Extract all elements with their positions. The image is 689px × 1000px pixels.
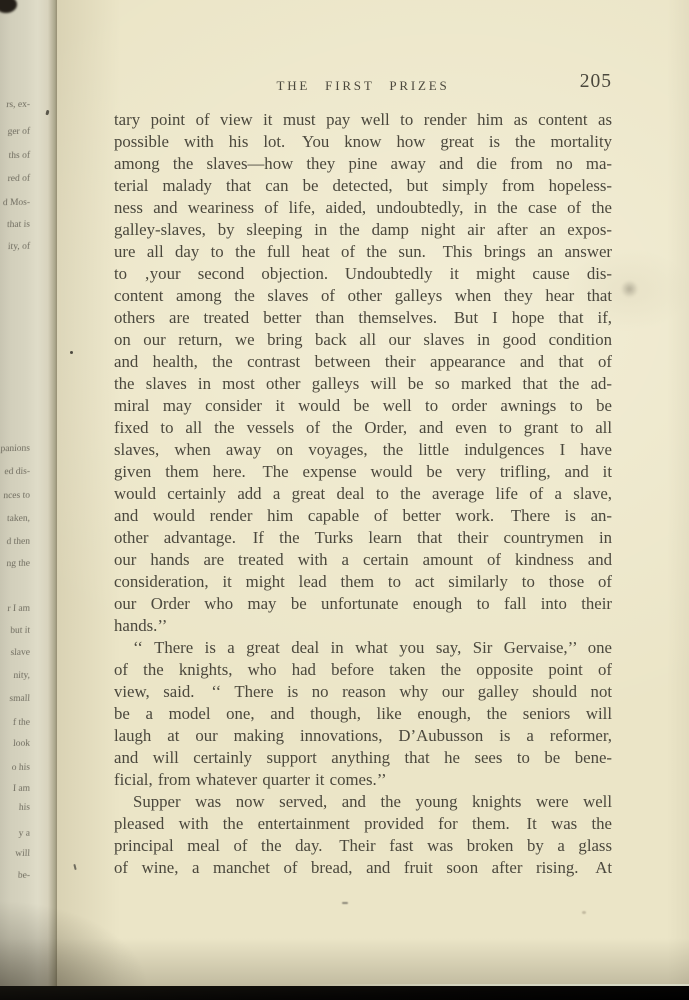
text-line: ure all day to the full heat of the sun.… bbox=[114, 241, 612, 263]
edge-fragment: I am bbox=[0, 784, 30, 795]
edge-fragment: look bbox=[0, 739, 30, 750]
text-line: of wine, a manchet of bread, and fruit s… bbox=[114, 857, 612, 879]
book-scan: rs, ex-ger ofths ofred ofd Mos-that isit… bbox=[0, 0, 689, 1000]
text-line: and would render him capable of better w… bbox=[114, 505, 612, 527]
edge-fragment: rs, ex- bbox=[0, 100, 30, 111]
text-line: on our return, we bring back all our sla… bbox=[114, 329, 612, 351]
edge-fragment: be- bbox=[0, 871, 30, 882]
facing-page-edge: rs, ex-ger ofths ofred ofd Mos-that isit… bbox=[0, 0, 57, 986]
text-line: tary point of view it must pay well to r… bbox=[114, 109, 612, 131]
edge-fragment: taken, bbox=[0, 514, 30, 525]
text-line: our hands are treated with a certain amo… bbox=[114, 549, 612, 571]
text-line: of the knights, who had before taken the… bbox=[114, 659, 612, 681]
page-number: 205 bbox=[114, 71, 612, 93]
bottom-page-shadow bbox=[0, 938, 689, 986]
edge-fragment: his bbox=[0, 803, 30, 814]
text-line: others are treated better than themselve… bbox=[114, 307, 612, 329]
text-line: would certainly add a great deal to the … bbox=[114, 483, 612, 505]
edge-fragment: r I am bbox=[0, 604, 30, 615]
edge-fragment: slave bbox=[0, 648, 30, 659]
text-line: laugh at our making innovations, D’Aubus… bbox=[114, 725, 612, 747]
edge-fragment: d Mos- bbox=[0, 198, 30, 209]
text-line: hands.’’ bbox=[114, 615, 612, 637]
stray-mark-dash bbox=[342, 902, 348, 904]
edge-fragment: ity, of bbox=[0, 242, 30, 253]
text-line: be a model one, and though, like enough,… bbox=[114, 703, 612, 725]
edge-fragment: that is bbox=[0, 220, 30, 231]
edge-fragment: nces to bbox=[0, 491, 30, 502]
scan-bottom-edge bbox=[0, 986, 689, 1000]
text-line: terial malady that can be detected, but … bbox=[114, 175, 612, 197]
edge-fragment: small bbox=[0, 694, 30, 705]
text-line: pleased with the entertainment provided … bbox=[114, 813, 612, 835]
text-line: ficial, from whatever quarter it comes.’… bbox=[114, 769, 612, 791]
edge-fragment: y a bbox=[0, 829, 30, 840]
edge-fragment: ths of bbox=[0, 151, 30, 162]
edge-fragments: rs, ex-ger ofths ofred ofd Mos-that isit… bbox=[0, 0, 31, 986]
text-line: view, said. ‘‘ There is no reason why ou… bbox=[114, 681, 612, 703]
text-line: galley-slaves, by sleeping in the damp n… bbox=[114, 219, 612, 241]
stray-mark-faint-dot bbox=[582, 911, 586, 914]
edge-fragment: ed dis- bbox=[0, 467, 30, 478]
text-line: to ‚your second objection. Undoubtedly i… bbox=[114, 263, 612, 285]
text-line: other advantage. If the Turks learn that… bbox=[114, 527, 612, 549]
ink-speck-dot bbox=[70, 351, 73, 354]
text-line: and health, the contrast between their a… bbox=[114, 351, 612, 373]
edge-fragment: red of bbox=[0, 174, 30, 185]
text-line: Supper was now served, and the young kni… bbox=[114, 791, 612, 813]
edge-fragment: will bbox=[0, 849, 30, 860]
text-line: ‘‘ There is a great deal in what you say… bbox=[114, 637, 612, 659]
edge-fragment: d then bbox=[0, 537, 30, 548]
edge-fragment: ng the bbox=[0, 559, 30, 570]
text-line: principal meal of the day. Their fast wa… bbox=[114, 835, 612, 857]
text-line: given them here. The expense would be ve… bbox=[114, 461, 612, 483]
edge-fragment: nity, bbox=[0, 671, 30, 682]
edge-fragment: panions bbox=[0, 444, 30, 455]
text-line: miral may consider it would be well to o… bbox=[114, 395, 612, 417]
text-line: content among the slaves of other galley… bbox=[114, 285, 612, 307]
text-line: consideration, it might lead them to act… bbox=[114, 571, 612, 593]
text-line: the slaves in most other galleys will be… bbox=[114, 373, 612, 395]
text-line: ness and weariness of life, aided, undou… bbox=[114, 197, 612, 219]
text-line: among the slaves—how they pine away and … bbox=[114, 153, 612, 175]
text-line: possible with his lot. You know how grea… bbox=[114, 131, 612, 153]
text-line: and will certainly support anything that… bbox=[114, 747, 612, 769]
edge-fragment: ger of bbox=[0, 127, 30, 138]
text-line: fixed to all the vessels of the Order, a… bbox=[114, 417, 612, 439]
edge-fragment: o his bbox=[0, 763, 30, 774]
page-right-edge-shade bbox=[667, 0, 689, 986]
text-line: our Order who may be unfortunate enough … bbox=[114, 593, 612, 615]
paper-smudge bbox=[621, 280, 638, 298]
text-line: slaves, when away on voyages, the little… bbox=[114, 439, 612, 461]
edge-fragment: but it bbox=[0, 626, 30, 637]
edge-fragment: f the bbox=[0, 718, 30, 729]
text-block: tary point of view it must pay well to r… bbox=[114, 109, 612, 879]
